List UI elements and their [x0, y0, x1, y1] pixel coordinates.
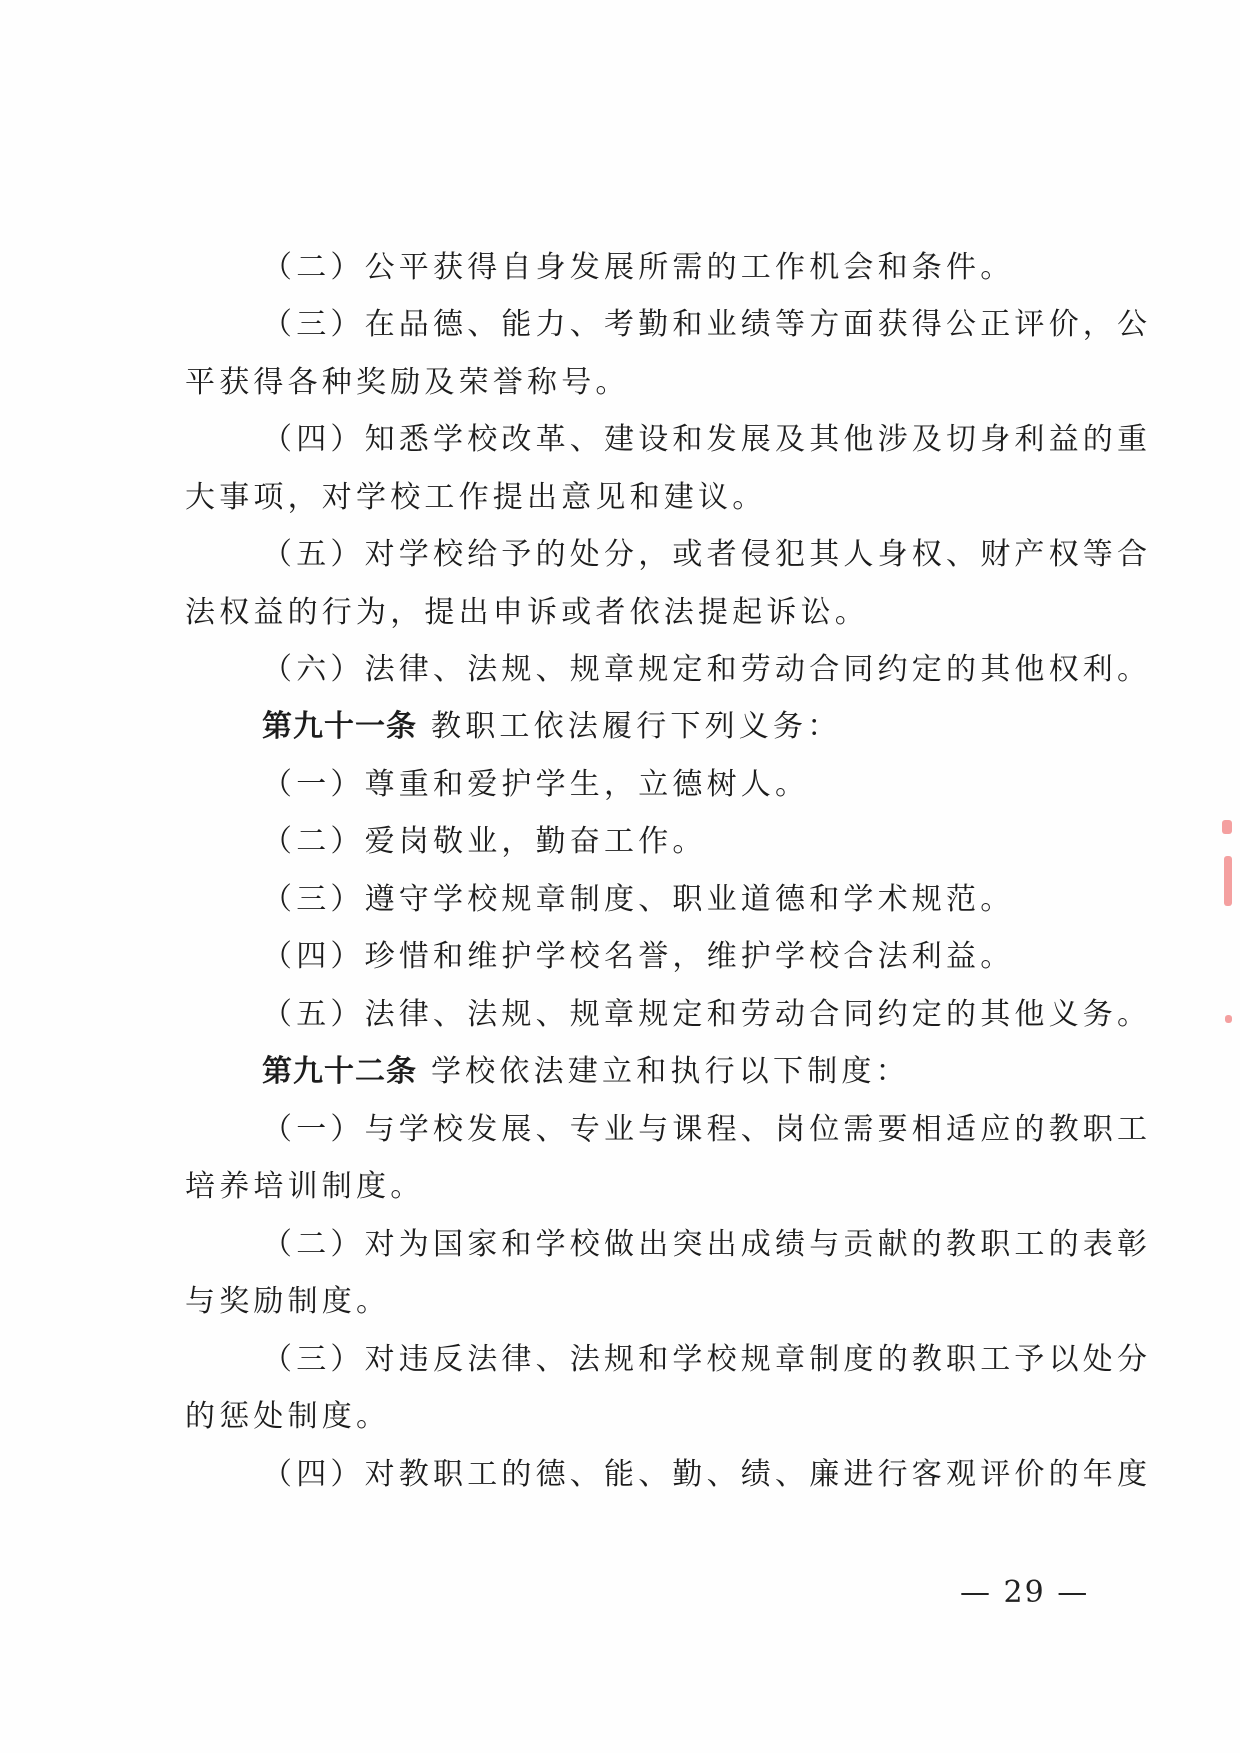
paragraph-line: （四）珍惜和维护学校名誉，维护学校合法利益。: [262, 937, 1014, 977]
paragraph-line: （二）爱岗敬业，勤奋工作。: [262, 822, 707, 862]
page-number: — 29 —: [960, 1575, 1089, 1610]
paragraph-line: （三）在品德、能力、考勤和业绩等方面获得公正评价，公: [262, 305, 1151, 345]
paragraph-line: （六）法律、法规、规章规定和劳动合同约定的其他权利。: [262, 650, 1151, 690]
paragraph-line: 法权益的行为，提出申诉或者依法提起诉讼。: [185, 593, 869, 633]
paragraph-line: （五）对学校给予的处分，或者侵犯其人身权、财产权等合: [262, 535, 1151, 575]
paragraph-line: （三）对违反法律、法规和学校规章制度的教职工予以处分: [262, 1340, 1151, 1380]
seal-fragment-icon: [1210, 1015, 1240, 1023]
paragraph-line: 的惩处制度。: [185, 1397, 390, 1437]
article-text: 教职工依法履行下列义务：: [431, 709, 841, 744]
paragraph-line: 大事项，对学校工作提出意见和建议。: [185, 478, 766, 518]
paragraph-line: （三）遵守学校规章制度、职业道德和学术规范。: [262, 880, 1014, 920]
paragraph-line: （一）与学校发展、专业与课程、岗位需要相适应的教职工: [262, 1110, 1151, 1150]
paragraph-line: （一）尊重和爱护学生，立德树人。: [262, 765, 809, 805]
article-text: 学校依法建立和执行以下制度：: [431, 1054, 910, 1089]
paragraph-line: 培养培训制度。: [185, 1167, 424, 1207]
paragraph-line: 与奖励制度。: [185, 1282, 390, 1322]
document-page: （二）公平获得自身发展所需的工作机会和条件。 （三）在品德、能力、考勤和业绩等方…: [0, 0, 1240, 1753]
article-92: 第九十二条学校依法建立和执行以下制度：: [262, 1052, 910, 1092]
article-heading: 第九十二条: [262, 1054, 417, 1089]
seal-fragment-icon: [1210, 820, 1240, 906]
paragraph-line: （四）对教职工的德、能、勤、绩、廉进行客观评价的年度: [262, 1455, 1151, 1495]
article-heading: 第九十一条: [262, 709, 417, 744]
paragraph-line: （二）对为国家和学校做出突出成绩与贡献的教职工的表彰: [262, 1225, 1151, 1265]
paragraph-line: 平获得各种奖励及荣誉称号。: [185, 363, 630, 403]
paragraph-line: （二）公平获得自身发展所需的工作机会和条件。: [262, 248, 1014, 288]
article-91: 第九十一条教职工依法履行下列义务：: [262, 707, 841, 747]
paragraph-line: （四）知悉学校改革、建设和发展及其他涉及切身利益的重: [262, 420, 1151, 460]
paragraph-line: （五）法律、法规、规章规定和劳动合同约定的其他义务。: [262, 995, 1151, 1035]
